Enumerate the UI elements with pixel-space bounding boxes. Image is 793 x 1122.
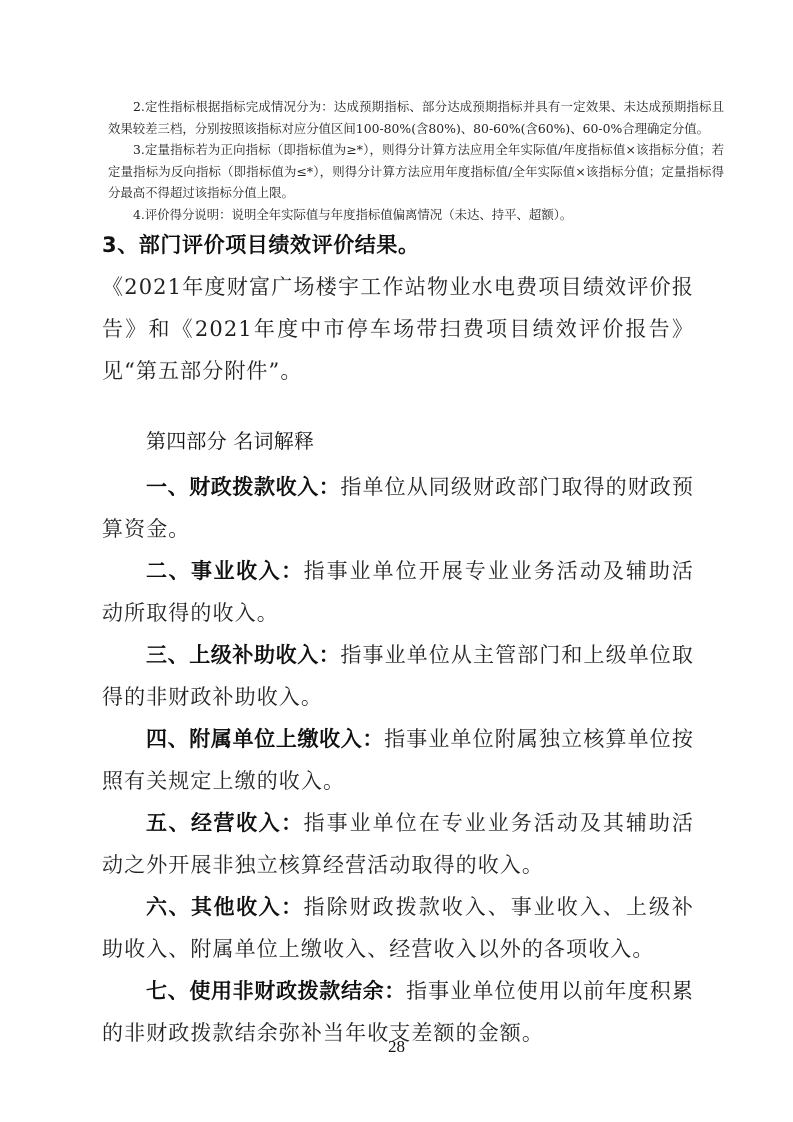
- definition-item: 三、上级补助收入：指事业单位从主管部门和上级单位取得的非财政补助收入。: [102, 634, 694, 718]
- note-item: 2.定性指标根据指标完成情况分为：达成预期指标、部分达成预期指标并具有一定效果、…: [108, 96, 724, 139]
- definition-term: 六、其他收入：: [146, 895, 304, 919]
- note-item: 3.定量指标若为正向指标（即指标值为≥*），则得分计算方法应用全年实际值/年度指…: [108, 139, 724, 204]
- definition-term: 三、上级补助收入：: [146, 643, 340, 667]
- definition-item: 二、事业收入：指事业单位开展专业业务活动及辅助活动所取得的收入。: [102, 550, 694, 634]
- definition-term: 四、附属单位上缴收入：: [146, 727, 384, 751]
- section-glossary: 第四部分 名词解释 一、财政拨款收入：指单位从同级财政部门取得的财政预算资金。 …: [102, 420, 694, 1054]
- evaluation-notes: 2.定性指标根据指标完成情况分为：达成预期指标、部分达成预期指标并具有一定效果、…: [108, 96, 724, 226]
- part-title: 第四部分 名词解释: [102, 420, 694, 462]
- definition-item: 四、附属单位上缴收入：指事业单位附属独立核算单位按照有关规定上缴的收入。: [102, 718, 694, 802]
- section-heading: 3、部门评价项目绩效评价结果。: [102, 224, 694, 266]
- definition-item: 五、经营收入：指事业单位在专业业务活动及其辅助活动之外开展非独立核算经营活动取得…: [102, 802, 694, 886]
- definition-item: 一、财政拨款收入：指单位从同级财政部门取得的财政预算资金。: [102, 466, 694, 550]
- document-page: 2.定性指标根据指标完成情况分为：达成预期指标、部分达成预期指标并具有一定效果、…: [0, 0, 793, 1122]
- page-number: 28: [0, 1037, 793, 1057]
- definition-term: 五、经营收入：: [146, 811, 304, 835]
- note-item: 4.评价得分说明：说明全年实际值与年度指标值偏离情况（未达、持平、超额）。: [108, 204, 724, 226]
- definition-term: 七、使用非财政拨款结余：: [146, 979, 406, 1003]
- section-paragraph: 《2021年度财富广场楼宇工作站物业水电费项目绩效评价报告》和《2021年度中市…: [102, 266, 694, 392]
- section-project-evaluation-results: 3、部门评价项目绩效评价结果。 《2021年度财富广场楼宇工作站物业水电费项目绩…: [102, 224, 694, 392]
- definition-term: 一、财政拨款收入：: [146, 475, 340, 499]
- definition-term: 二、事业收入：: [146, 559, 304, 583]
- definition-item: 六、其他收入：指除财政拨款收入、事业收入、上级补助收入、附属单位上缴收入、经营收…: [102, 886, 694, 970]
